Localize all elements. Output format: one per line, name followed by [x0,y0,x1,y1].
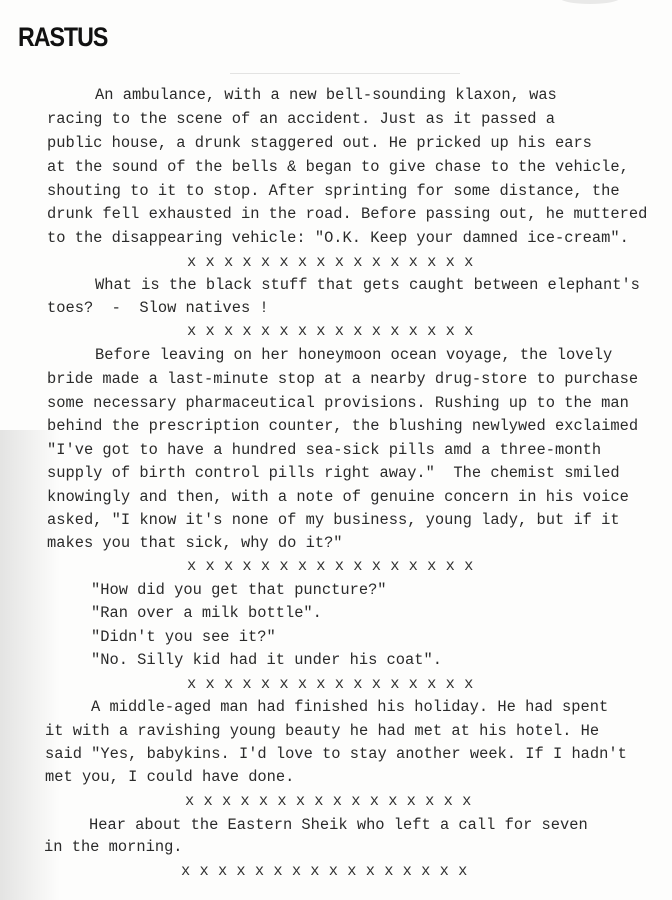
joke-holiday-line: met you, I could have done. [45,767,294,787]
joke-honeymoon-line: Before leaving on her honeymoon ocean vo… [95,345,612,365]
joke-puncture-line: "Ran over a milk bottle". [91,603,322,623]
joke-puncture-line: "How did you get that puncture?" [91,580,387,600]
joke-honeymoon-line: supply of birth control pills right away… [47,463,620,483]
joke-ambulance-line: racing to the scene of an accident. Just… [47,109,555,129]
joke-honeymoon-line: asked, "I know it's none of my business,… [47,510,620,530]
separator: x x x x x x x x x x x x x x x x [187,252,473,272]
separator: x x x x x x x x x x x x x x x x [185,791,471,811]
joke-sheik-line: in the morning. [44,837,183,857]
joke-elephant-line: toes? - Slow natives ! [47,298,269,318]
joke-ambulance-line: drunk fell exhausted in the road. Before… [47,204,647,224]
joke-holiday-line: it with a ravishing young beauty he had … [45,721,599,741]
separator: x x x x x x x x x x x x x x x x [187,321,473,341]
joke-puncture-line: "No. Silly kid had it under his coat". [91,650,442,670]
joke-sheik-line: Hear about the Eastern Sheik who left a … [89,815,588,835]
bleed-through-heading [230,57,460,74]
joke-honeymoon-line: knowingly and then, with a note of genui… [47,487,629,507]
page-title: RASTUS [18,22,107,53]
joke-holiday-line: A middle-aged man had finished his holid… [91,697,608,717]
joke-honeymoon-line: "I've got to have a hundred sea-sick pil… [47,440,601,460]
joke-honeymoon-line: bride made a last-minute stop at a nearb… [47,369,638,389]
joke-ambulance-line: An ambulance, with a new bell-sounding k… [95,85,557,105]
separator: x x x x x x x x x x x x x x x x [181,861,467,881]
joke-puncture-line: "Didn't you see it?" [91,627,276,647]
separator: x x x x x x x x x x x x x x x x [187,556,473,576]
joke-elephant-line: What is the black stuff that gets caught… [95,275,640,295]
joke-ambulance-line: public house, a drunk staggered out. He … [47,133,592,153]
joke-honeymoon-line: makes you that sick, why do it?" [47,533,343,553]
joke-honeymoon-line: behind the prescription counter, the blu… [47,416,638,436]
joke-holiday-line: said "Yes, babykins. I'd love to stay an… [45,744,627,764]
joke-ambulance-line: shouting to it to stop. After sprinting … [47,181,620,201]
joke-ambulance-line: at the sound of the bells & began to giv… [47,157,629,177]
joke-ambulance-line: to the disappearing vehicle: "O.K. Keep … [47,228,629,248]
document-page: RASTUS An ambulance, with a new bell-sou… [0,0,672,900]
separator: x x x x x x x x x x x x x x x x [187,674,473,694]
scan-shadow [560,0,620,4]
joke-honeymoon-line: some necessary pharmaceutical provisions… [47,393,629,413]
